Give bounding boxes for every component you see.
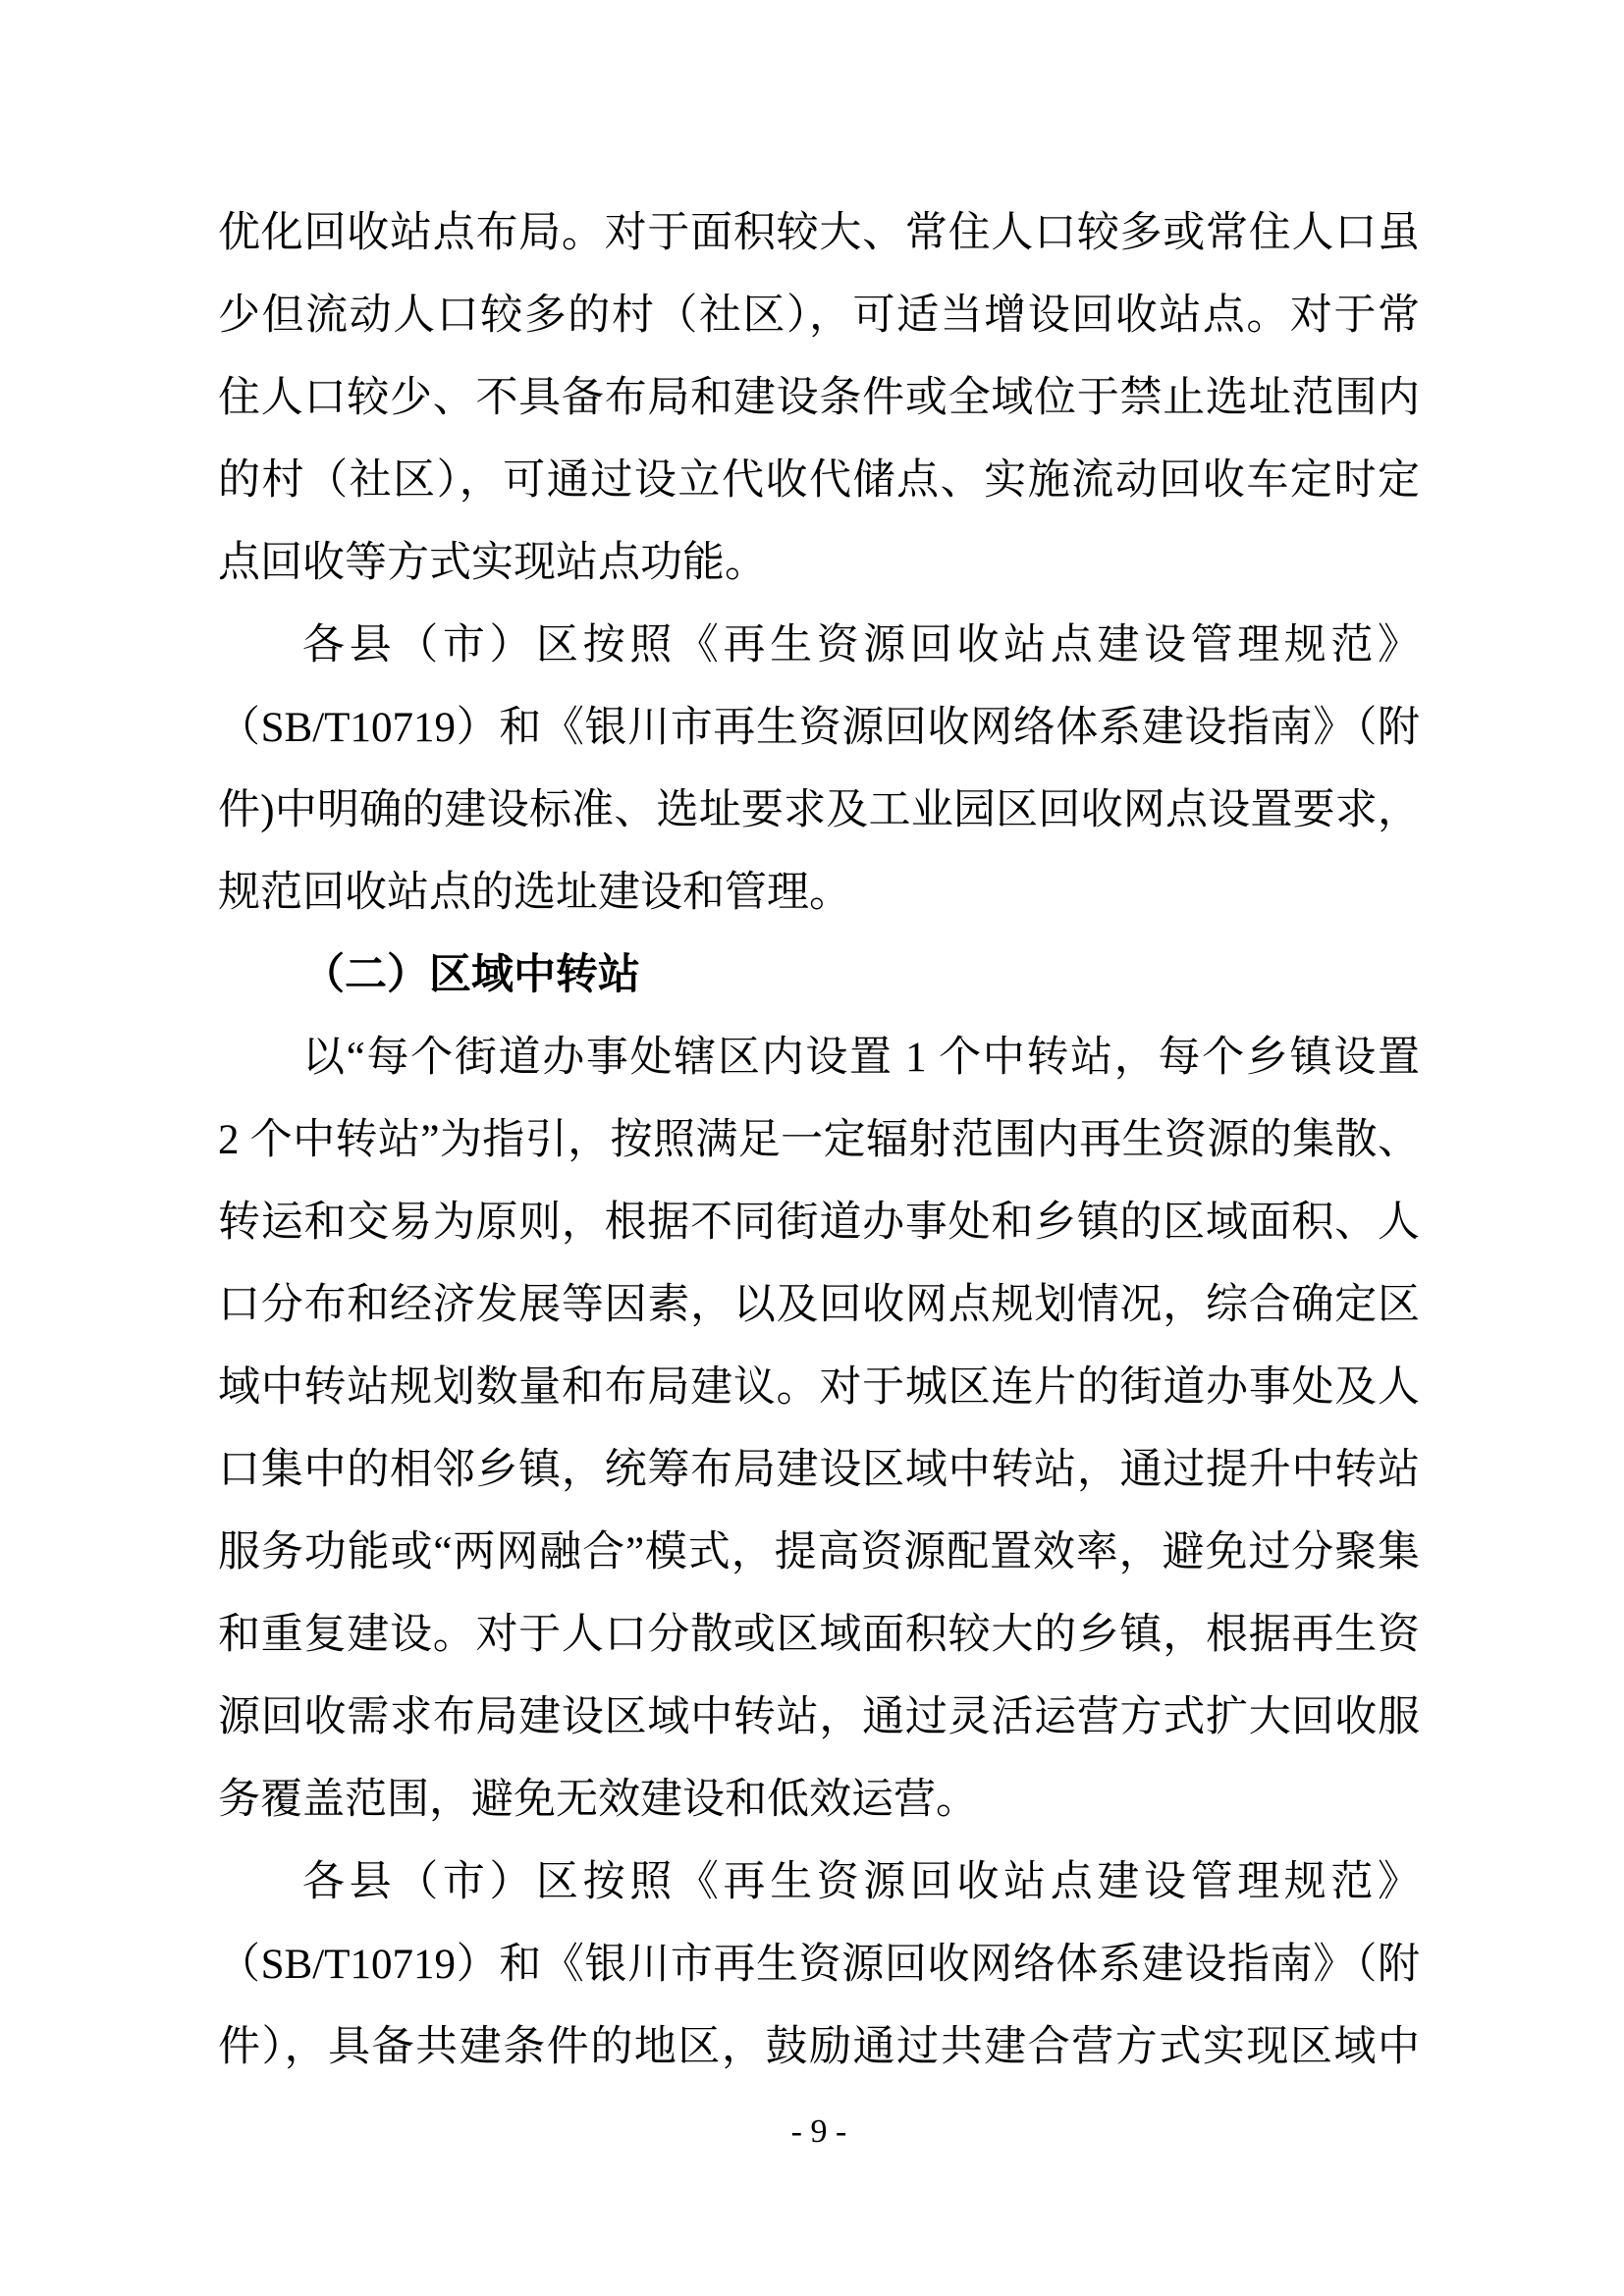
paragraph: 以“每个街道办事处辖区内设置 1 个中转站，每个乡镇设置 2 个中转站”为指引，… [218, 1017, 1420, 1842]
text-line: 以“每个街道办事处辖区内设置 1 个中转站，每个乡镇设置 [218, 1017, 1420, 1099]
text-line: 口集中的相邻乡镇，统筹布局建设区域中转站，通过提升中转站 [218, 1429, 1420, 1512]
paragraph: 优化回收站点布局。对于面积较大、常住人口较多或常住人口虽 少但流动人口较多的村（… [218, 192, 1420, 605]
text-line: 务覆盖范围，避免无效建设和低效运营。 [218, 1759, 1420, 1842]
text-line: 规范回收站点的选址建设和管理。 [218, 852, 1420, 934]
text-line: 少但流动人口较多的村（社区），可适当增设回收站点。对于常 [218, 275, 1420, 357]
text-line: 件)中明确的建设标准、选址要求及工业园区回收网点设置要求， [218, 770, 1420, 852]
paragraph: 各县（市）区按照《再生资源回收站点建设管理规范》 （SB/T10719）和《银川… [218, 1842, 1420, 2089]
text-line: 各县（市）区按照《再生资源回收站点建设管理规范》 [218, 1842, 1420, 1924]
page-number: - 9 - [218, 2110, 1420, 2154]
text-line: 点回收等方式实现站点功能。 [218, 522, 1420, 605]
text-line: 口分布和经济发展等因素，以及回收网点规划情况，综合确定区 [218, 1264, 1420, 1347]
text-line: 住人口较少、不具备布局和建设条件或全域位于禁止选址范围内 [218, 357, 1420, 440]
text-line: 转运和交易为原则，根据不同街道办事处和乡镇的区域面积、人 [218, 1182, 1420, 1264]
text-line: 各县（市）区按照《再生资源回收站点建设管理规范》 [218, 605, 1420, 687]
text-line: 优化回收站点布局。对于面积较大、常住人口较多或常住人口虽 [218, 192, 1420, 275]
text-line: 源回收需求布局建设区域中转站，通过灵活运营方式扩大回收服 [218, 1677, 1420, 1759]
paragraph: 各县（市）区按照《再生资源回收站点建设管理规范》 （SB/T10719）和《银川… [218, 605, 1420, 934]
text-line: （SB/T10719）和《银川市再生资源回收网络体系建设指南》（附 [218, 1924, 1420, 2006]
document-page: 优化回收站点布局。对于面积较大、常住人口较多或常住人口虽 少但流动人口较多的村（… [0, 0, 1624, 2296]
text-line: 件），具备共建条件的地区，鼓励通过共建合营方式实现区域中 [218, 2006, 1420, 2089]
text-line: 服务功能或“两网融合”模式，提高资源配置效率，避免过分聚集 [218, 1512, 1420, 1594]
text-line: 的村（社区），可通过设立代收代储点、实施流动回收车定时定 [218, 440, 1420, 522]
section-heading: （二）区域中转站 [218, 934, 1420, 1017]
text-line: 2 个中转站”为指引，按照满足一定辐射范围内再生资源的集散、 [218, 1099, 1420, 1182]
text-line: （SB/T10719）和《银川市再生资源回收网络体系建设指南》（附 [218, 687, 1420, 770]
text-line: 域中转站规划数量和布局建议。对于城区连片的街道办事处及人 [218, 1347, 1420, 1429]
document-body: 优化回收站点布局。对于面积较大、常住人口较多或常住人口虽 少但流动人口较多的村（… [218, 192, 1420, 2089]
text-line: 和重复建设。对于人口分散或区域面积较大的乡镇，根据再生资 [218, 1594, 1420, 1677]
